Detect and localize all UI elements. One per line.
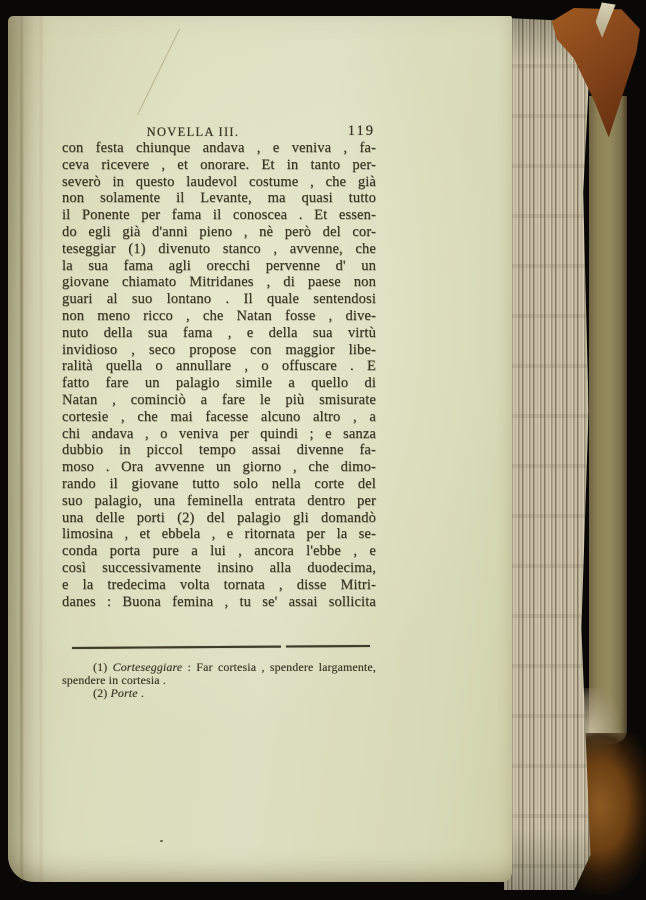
text-line: do egli già d'anni pieno , nè però del c…	[62, 224, 376, 241]
text-line: con festa chiunque andava , e veniva , f…	[62, 140, 376, 157]
text-line: teseggiar (1) divenuto stanco , avvenne,…	[62, 241, 376, 258]
book-fore-edge-pages	[504, 18, 594, 890]
gutter-crease-secondary	[40, 16, 42, 882]
text-line: severò in questo laudevol costume , che …	[62, 174, 376, 191]
footnote-1-term: Corteseggiare	[113, 660, 183, 674]
footnote-rule-left	[72, 646, 281, 649]
text-line: dubbio in piccol tempo assai divenne fa-	[62, 442, 376, 459]
text-line: il Ponente per fama il conoscea . Et ess…	[62, 207, 376, 224]
text-line: guari al suo lontano . Il quale sentendo…	[62, 291, 376, 308]
ink-speck	[160, 840, 163, 842]
running-head: NOVELLA III. 119	[62, 125, 376, 141]
text-line: ralità quella o annullare , o offuscare …	[62, 358, 376, 375]
footnote-2-text: .	[138, 686, 144, 700]
footnote-rule-right	[286, 645, 370, 648]
text-line: giovane chiamato Mitridanes , di paese n…	[62, 274, 376, 291]
text-line: così successivamente insino alla duodeci…	[62, 560, 376, 577]
text-line: invidioso , seco propose con maggior lib…	[62, 342, 376, 359]
page-number: 119	[348, 124, 375, 139]
footnotes: (1) Corteseggiare : Far cortesia , spend…	[62, 661, 376, 700]
text-line: cortesie , che mai facesse alcuno altro …	[62, 409, 376, 426]
gutter-crease	[20, 16, 23, 882]
text-line: la sua fama agli orecchi pervenne d' un	[62, 258, 376, 275]
text-line: e la tredecima volta tornata , disse Mit…	[62, 577, 376, 594]
book-page: NOVELLA III. 119 con festa chiunque anda…	[8, 16, 512, 882]
footnote-1-line-1: (1) Corteseggiare : Far cortesia , spend…	[62, 661, 376, 674]
text-line: fatto fare un palagio simile a quello di	[62, 375, 376, 392]
paper-scratch	[137, 29, 180, 116]
text-line: Natan , cominciò a fare le più smisurate	[62, 392, 376, 409]
text-line: una delle porti (2) del palagio gli doma…	[62, 510, 376, 527]
footnote-2-marker: (2)	[93, 686, 111, 700]
text-line: moso . Ora avvenne un giorno , che dimo-	[62, 459, 376, 476]
footnote-1-text: : Far cortesia , spendere largamente,	[182, 660, 376, 674]
text-line: limosina , et ebbela , e ritornata per l…	[62, 526, 376, 543]
text-line: rando il giovane tutto solo nella corte …	[62, 476, 376, 493]
footnote-1-marker: (1)	[93, 660, 113, 674]
text-line: non meno ricco , che Natan fosse , dive-	[62, 308, 376, 325]
text-line: conda porta pure a lui , ancora l'ebbe ,…	[62, 543, 376, 560]
footnote-rule	[62, 645, 376, 650]
section-title: NOVELLA III.	[62, 125, 324, 140]
text-block: con festa chiunque andava , e veniva , f…	[62, 140, 376, 610]
footnote-2-term: Porte	[111, 686, 138, 700]
text-line: non solamente il Levante, ma quasi tutto	[62, 190, 376, 207]
text-line: ceva ricevere , et onorare. Et in tanto …	[62, 157, 376, 174]
footnote-2: (2) Porte .	[62, 687, 376, 700]
text-line: nuto della sua fama , e della sua virtù	[62, 325, 376, 342]
text-line: chi andava , o veniva per quindi ; e san…	[62, 426, 376, 443]
text-line: danes : Buona femina , tu se' assai soll…	[62, 594, 376, 611]
text-line: suo palagio, una feminella entrata dentr…	[62, 493, 376, 510]
scanned-book-photo: NOVELLA III. 119 con festa chiunque anda…	[0, 0, 646, 900]
book-cover-edge	[589, 96, 627, 744]
